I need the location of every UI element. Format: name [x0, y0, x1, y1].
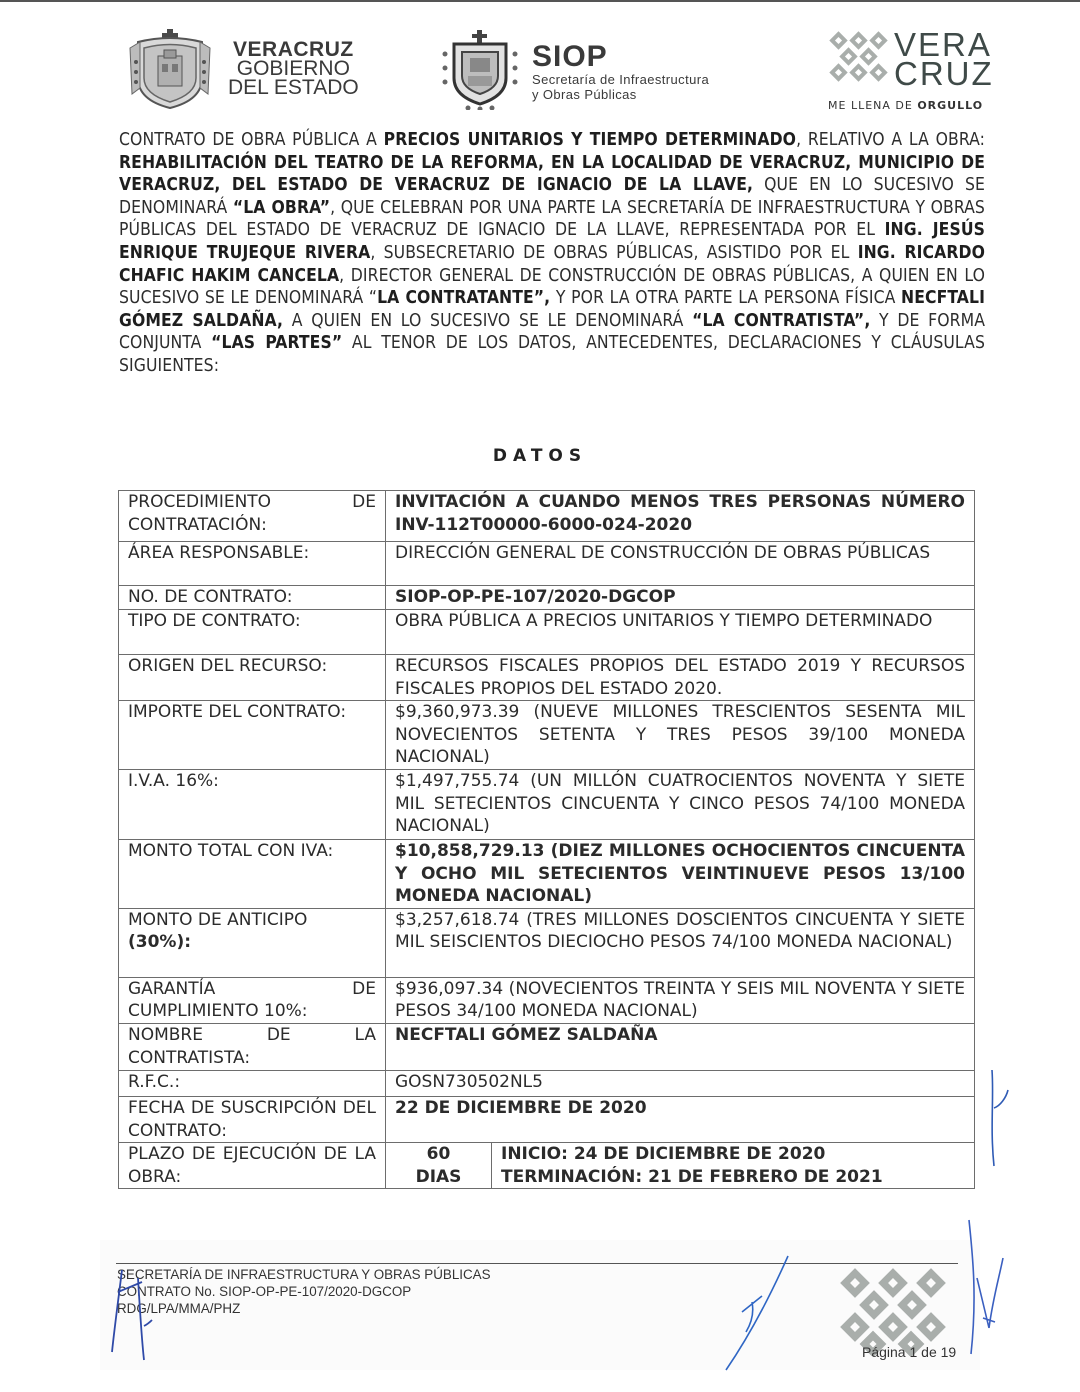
row-value: 22 DE DICIEMBRE DE 2020 [386, 1096, 975, 1142]
row-label-emphasis: (30%): [128, 932, 191, 952]
gobierno-logo-line3: DEL ESTADO [228, 78, 359, 97]
plazo-days: 60DIAS [386, 1143, 492, 1189]
knot-pattern-icon [836, 1268, 962, 1356]
row-value: RECURSOS FISCALES PROPIOS DEL ESTADO 201… [386, 655, 975, 701]
row-label: I.V.A. 16%: [119, 769, 386, 839]
siop-line2: y Obras Públicas [532, 87, 709, 102]
row-label-text: FECHA DE SUSCRIPCIÓN DEL CONTRATO: [128, 1098, 376, 1141]
page-top-edge [0, 0, 1080, 2]
table-row: ORIGEN DEL RECURSO:RECURSOS FISCALES PRO… [119, 655, 975, 701]
intro-text: , RELATIVO A LA OBRA: [796, 130, 985, 150]
siop-line1: Secretaría de Infraestructura [532, 72, 709, 87]
table-row: I.V.A. 16%:$1,497,755.74 (UN MILLÓN CUAT… [119, 769, 975, 839]
row-value: $936,097.34 (NOVECIENTOS TREINTA Y SEIS … [386, 977, 975, 1023]
row-value: DIRECCIÓN GENERAL DE CONSTRUCCIÓN DE OBR… [386, 542, 975, 586]
table-row: ÁREA RESPONSABLE:DIRECCIÓN GENERAL DE CO… [119, 542, 975, 586]
intro-text: CONTRATO DE OBRA PÚBLICA A [119, 130, 384, 150]
slogan-regular: ME LLENA DE [828, 99, 917, 112]
row-label-text: IMPORTE DEL CONTRATO: [128, 702, 346, 722]
row-label: FECHA DE SUSCRIPCIÓN DEL CONTRATO: [119, 1096, 386, 1142]
table-row: GARANTÍA DE CUMPLIMIENTO 10%:$936,097.34… [119, 977, 975, 1023]
gobierno-logo-text: VERACRUZ GOBIERNO DEL ESTADO [228, 40, 359, 97]
intro-emphasis: “LA CONTRATISTA”, [692, 311, 870, 331]
row-label-text: NO. DE CONTRATO: [128, 587, 292, 607]
row-label-text: R.F.C.: [128, 1072, 180, 1092]
table-row: TIPO DE CONTRATO:OBRA PÚBLICA A PRECIOS … [119, 610, 975, 655]
veracruz-slogan: ME LLENA DE ORGULLO [828, 99, 983, 112]
row-label-text: GARANTÍA DE CUMPLIMIENTO 10%: [128, 979, 376, 1022]
row-label: ÁREA RESPONSABLE: [119, 542, 386, 586]
plazo-dates: INICIO: 24 DE DICIEMBRE DE 2020TERMINACI… [492, 1143, 975, 1189]
veracruz-brand-wordmark: VERA CRUZ [894, 30, 994, 88]
row-value: SIOP-OP-PE-107/2020-DGCOP [386, 586, 975, 610]
plazo-days-unit: DIAS [386, 1166, 491, 1189]
contract-data-table: PROCEDIMIENTO DE CONTRATACIÓN:INVITACIÓN… [118, 490, 975, 1189]
veracruz-wordmark-line2: CRUZ [894, 59, 994, 88]
table-row: IMPORTE DEL CONTRATO:$9,360,973.39 (NUEV… [119, 701, 975, 770]
table-row: R.F.C.:GOSN730502NL5 [119, 1070, 975, 1096]
row-value: $1,497,755.74 (UN MILLÓN CUATROCIENTOS N… [386, 769, 975, 839]
row-value: $9,360,973.39 (NUEVE MILLONES TRESCIENTO… [386, 701, 975, 770]
row-value: GOSN730502NL5 [386, 1070, 975, 1096]
row-value: NECFTALI GÓMEZ SALDAÑA [386, 1023, 975, 1070]
intro-emphasis: PRECIOS UNITARIOS Y TIEMPO DETERMINADO [384, 130, 796, 150]
intro-text: A QUIEN EN LO SUCESIVO SE LE DENOMINARÁ [283, 311, 692, 331]
table-row: NO. DE CONTRATO:SIOP-OP-PE-107/2020-DGCO… [119, 586, 975, 610]
page-number: Página 1 de 19 [862, 1344, 956, 1360]
row-label-text: MONTO DE ANTICIPO [128, 910, 307, 930]
row-label: PLAZO DE EJECUCIÓN DE LA OBRA: [119, 1143, 386, 1189]
row-label: ORIGEN DEL RECURSO: [119, 655, 386, 701]
row-label-text: PROCEDIMIENTO DE CONTRATACIÓN: [128, 492, 376, 535]
row-label: GARANTÍA DE CUMPLIMIENTO 10%: [119, 977, 386, 1023]
plazo-terminacion: TERMINACIÓN: 21 DE FEBRERO DE 2021 [501, 1166, 965, 1189]
intro-text: , SUBSECRETARIO DE OBRAS PÚBLICAS, ASIST… [370, 243, 857, 263]
row-label: NOMBRE DE LA CONTRATISTA: [119, 1023, 386, 1070]
footer-divider [116, 1263, 958, 1264]
plazo-inicio: INICIO: 24 DE DICIEMBRE DE 2020 [501, 1143, 965, 1166]
initials-signature-right [955, 1218, 1015, 1358]
row-label-text: I.V.A. 16%: [128, 771, 219, 791]
table-row: PROCEDIMIENTO DE CONTRATACIÓN:INVITACIÓN… [119, 491, 975, 542]
row-label-text: ÁREA RESPONSABLE: [128, 543, 309, 563]
table-row-plazo: PLAZO DE EJECUCIÓN DE LA OBRA:60DIASINIC… [119, 1143, 975, 1189]
row-label: IMPORTE DEL CONTRATO: [119, 701, 386, 770]
table-row: NOMBRE DE LA CONTRATISTA:NECFTALI GÓMEZ … [119, 1023, 975, 1070]
datos-section-title: DATOS [0, 446, 1080, 466]
row-label-text: MONTO TOTAL CON IVA: [128, 841, 333, 861]
intro-text: Y POR LA OTRA PARTE LA PERSONA FÍSICA [550, 288, 901, 308]
row-value: OBRA PÚBLICA A PRECIOS UNITARIOS Y TIEMP… [386, 610, 975, 655]
row-label-text: ORIGEN DEL RECURSO: [128, 656, 327, 676]
row-label-text: NOMBRE DE LA CONTRATISTA: [128, 1025, 376, 1068]
contract-intro-paragraph: CONTRATO DE OBRA PÚBLICA A PRECIOS UNITA… [119, 129, 985, 378]
row-label: PROCEDIMIENTO DE CONTRATACIÓN: [119, 491, 386, 542]
row-label: MONTO DE ANTICIPO(30%): [119, 908, 386, 977]
table-row: MONTO TOTAL CON IVA:$10,858,729.13 (DIEZ… [119, 839, 975, 908]
row-label: MONTO TOTAL CON IVA: [119, 839, 386, 908]
intro-emphasis: “LA OBRA” [233, 198, 330, 218]
knot-pattern-icon [828, 30, 890, 86]
plazo-days-number: 60 [386, 1143, 491, 1166]
table-row: MONTO DE ANTICIPO(30%):$3,257,618.74 (TR… [119, 908, 975, 977]
initials-signature-center [712, 1252, 792, 1372]
row-value: INVITACIÓN A CUANDO MENOS TRES PERSONAS … [386, 491, 975, 542]
row-value: $3,257,618.74 (TRES MILLONES DOSCIENTOS … [386, 908, 975, 977]
initials-signature-left [108, 1262, 178, 1362]
slogan-bold: ORGULLO [917, 99, 983, 112]
table-row: FECHA DE SUSCRIPCIÓN DEL CONTRATO:22 DE … [119, 1096, 975, 1142]
siop-shield-icon [440, 30, 520, 110]
row-label-text: TIPO DE CONTRATO: [128, 611, 301, 631]
siop-logo-text: SIOP Secretaría de Infraestructura y Obr… [532, 42, 709, 102]
row-value: $10,858,729.13 (DIEZ MILLONES OCHOCIENTO… [386, 839, 975, 908]
veracruz-coat-of-arms-icon [128, 28, 212, 110]
intro-emphasis: “LAS PARTES” [211, 333, 342, 353]
row-label: TIPO DE CONTRATO: [119, 610, 386, 655]
intro-emphasis: LA CONTRATANTE”, [377, 288, 550, 308]
row-label: R.F.C.: [119, 1070, 386, 1096]
siop-acronym: SIOP [532, 42, 709, 72]
row-label: NO. DE CONTRATO: [119, 586, 386, 610]
signature-mark-right-margin [982, 1068, 1012, 1168]
